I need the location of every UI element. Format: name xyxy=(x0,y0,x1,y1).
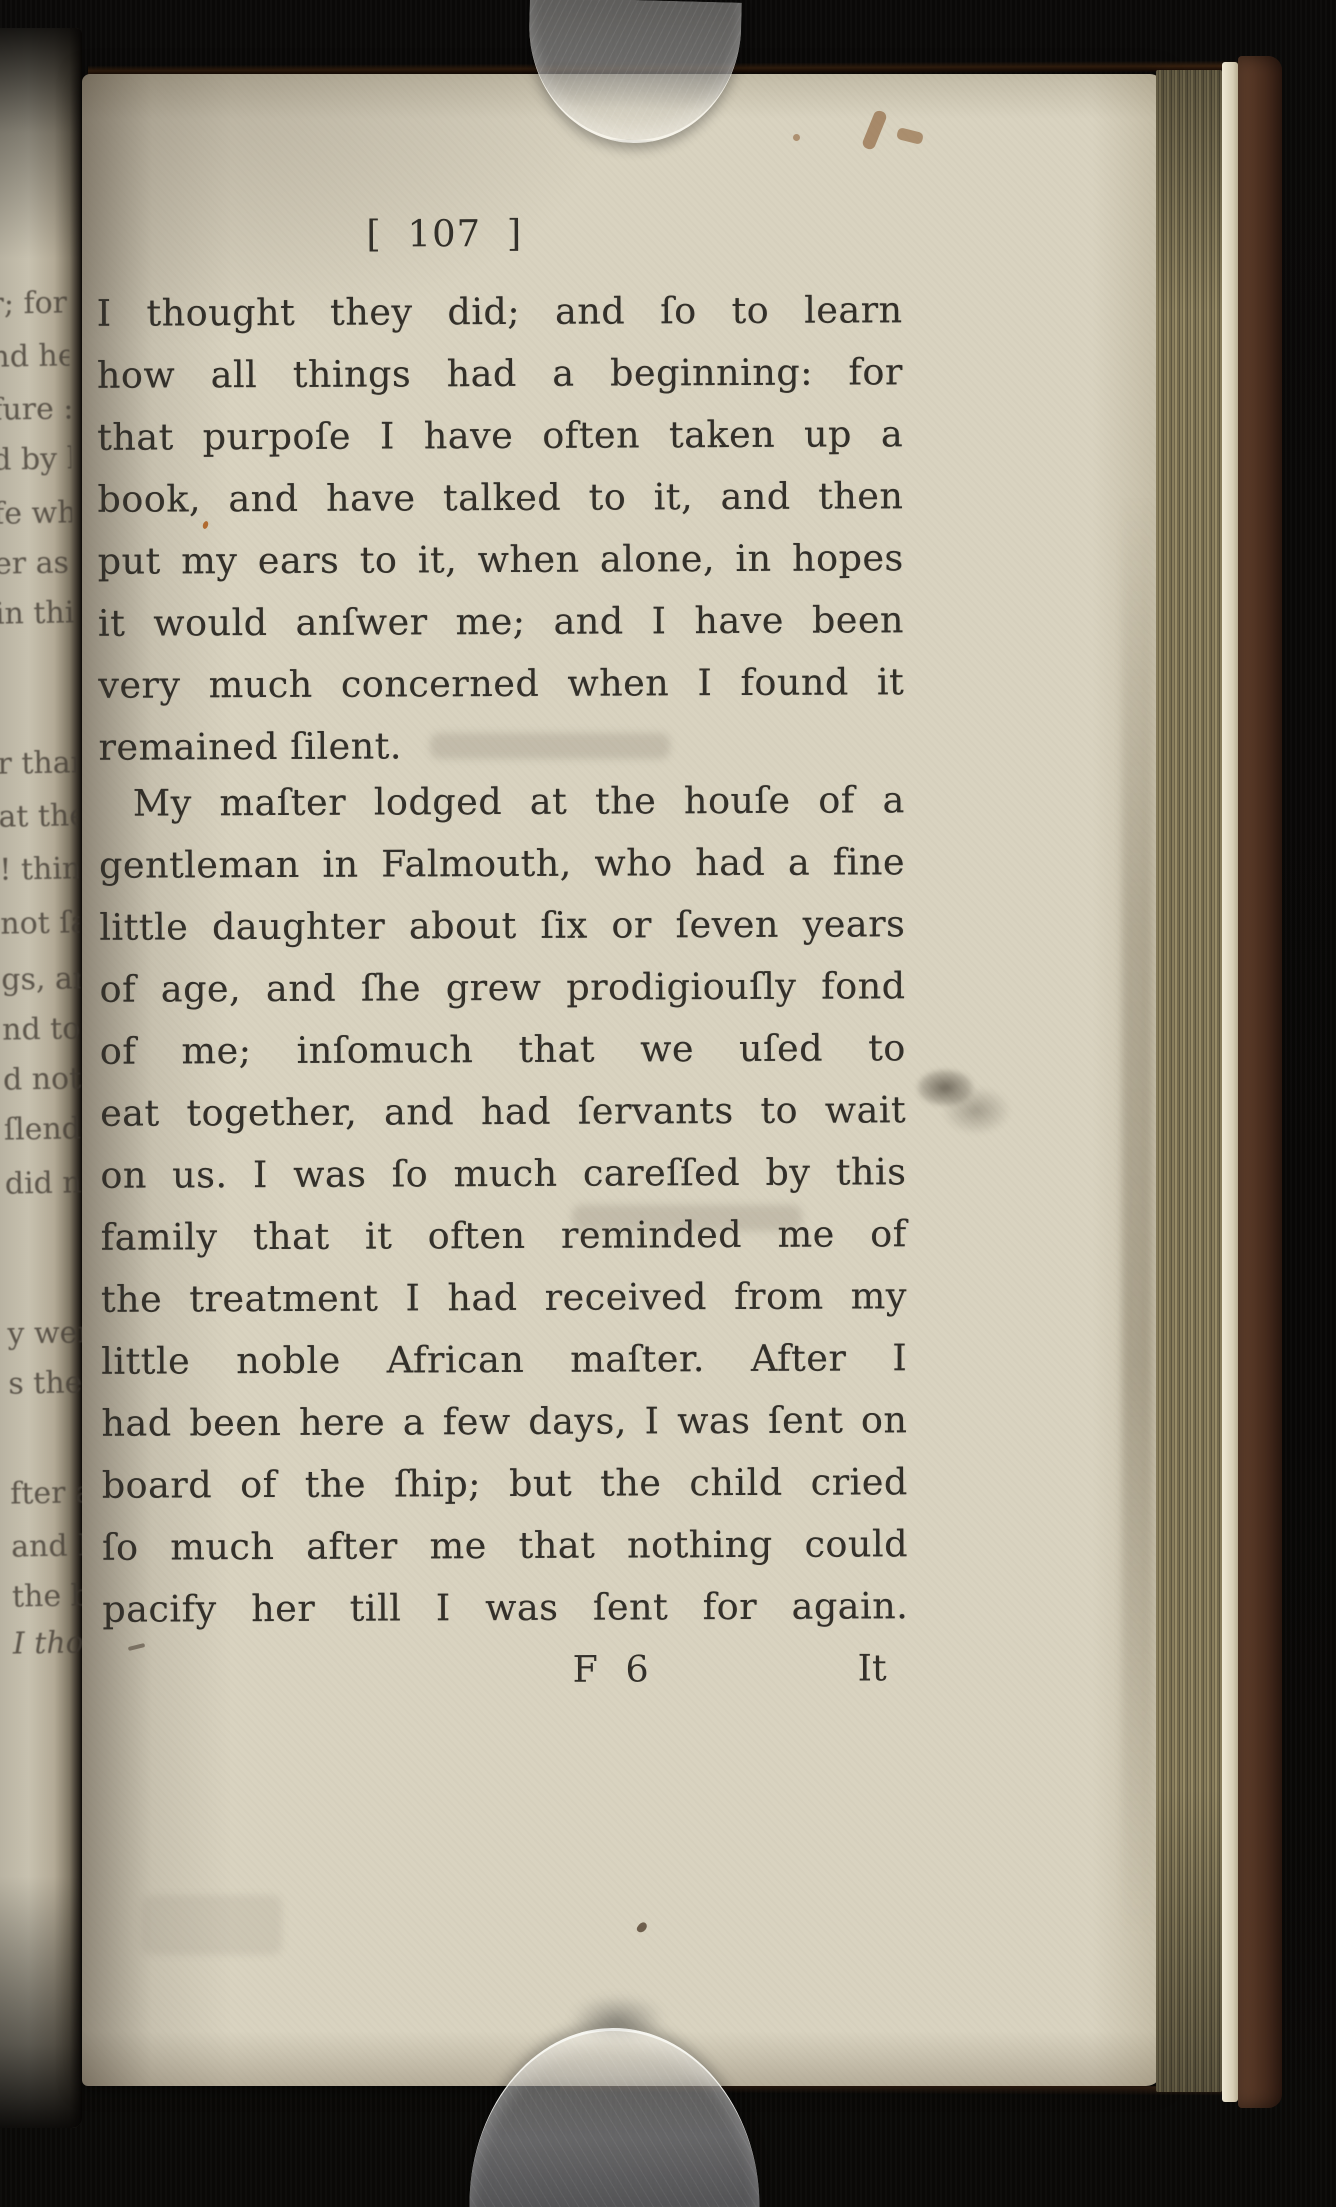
body-text-line: that purpoſe I have often taken up a xyxy=(97,409,903,465)
page-block-sliver xyxy=(1222,62,1238,2102)
gutter-shadow xyxy=(0,28,82,2128)
body-text-line: it would anſwer me; and I have been xyxy=(98,595,904,651)
body-text-line: remained ſilent. xyxy=(98,719,904,775)
book-scan-photo: ]r; for Ind he alwafure : andd by himfe … xyxy=(0,0,1336,2207)
body-text-line: the treatment I had received from my xyxy=(101,1271,907,1327)
margin-dust-shadow xyxy=(1122,494,1152,1944)
body-text-line: ſo much after me that nothing could xyxy=(102,1519,908,1575)
book-fore-edge xyxy=(1156,70,1222,2092)
body-text-line: family that it often reminded me of xyxy=(101,1209,907,1265)
body-text-line: on us. I was ſo much careſſed by this xyxy=(100,1147,906,1203)
body-text-line: little noble African maſter. After I xyxy=(101,1333,907,1389)
body-text-line: My maſter lodged at the houſe of a xyxy=(99,775,905,831)
body-text-line: how all things had a beginning: for xyxy=(97,347,903,403)
signature-line: F 6 It xyxy=(102,1643,908,1699)
book-page: [ 107 ] F 6 It I thought they did; and ſ… xyxy=(82,74,1162,2086)
body-text-line: had been here a few days, I was ſent on xyxy=(101,1395,907,1451)
printed-text-block: [ 107 ] F 6 It I thought they did; and ſ… xyxy=(96,72,911,2087)
body-text-line: board of the ſhip; but the child cried xyxy=(102,1457,908,1513)
body-text-line: put my ears to it, when alone, in hopes xyxy=(98,533,904,589)
catchword: It xyxy=(857,1643,886,1693)
page-number-header: [ 107 ] xyxy=(41,210,847,257)
signature-mark: F 6 xyxy=(572,1644,652,1694)
body-text-line: very much concerned when I found it xyxy=(98,657,904,713)
body-text-line: gentleman in Falmouth, who had a fine xyxy=(99,837,905,893)
body-text-line: eat together, and had ſervants to wait xyxy=(100,1085,906,1141)
body-text-line: of me; inſomuch that we uſed to xyxy=(100,1023,906,1079)
body-text-line: of age, and ſhe grew prodigiouſly fond xyxy=(99,961,905,1017)
body-text-line: I thought they did; and ſo to learn xyxy=(97,285,903,341)
body-text-line: pacify her till I was ſent for again. xyxy=(102,1581,908,1637)
body-text-line: little daughter about ſix or ſeven years xyxy=(99,899,905,955)
body-text-line: book, and have talked to it, and then xyxy=(97,471,903,527)
facing-page-edge: ]r; for Ind he alwafure : andd by himfe … xyxy=(0,28,82,2128)
book-cover-edge xyxy=(1238,56,1282,2108)
ink-smudge xyxy=(905,1058,1020,1143)
